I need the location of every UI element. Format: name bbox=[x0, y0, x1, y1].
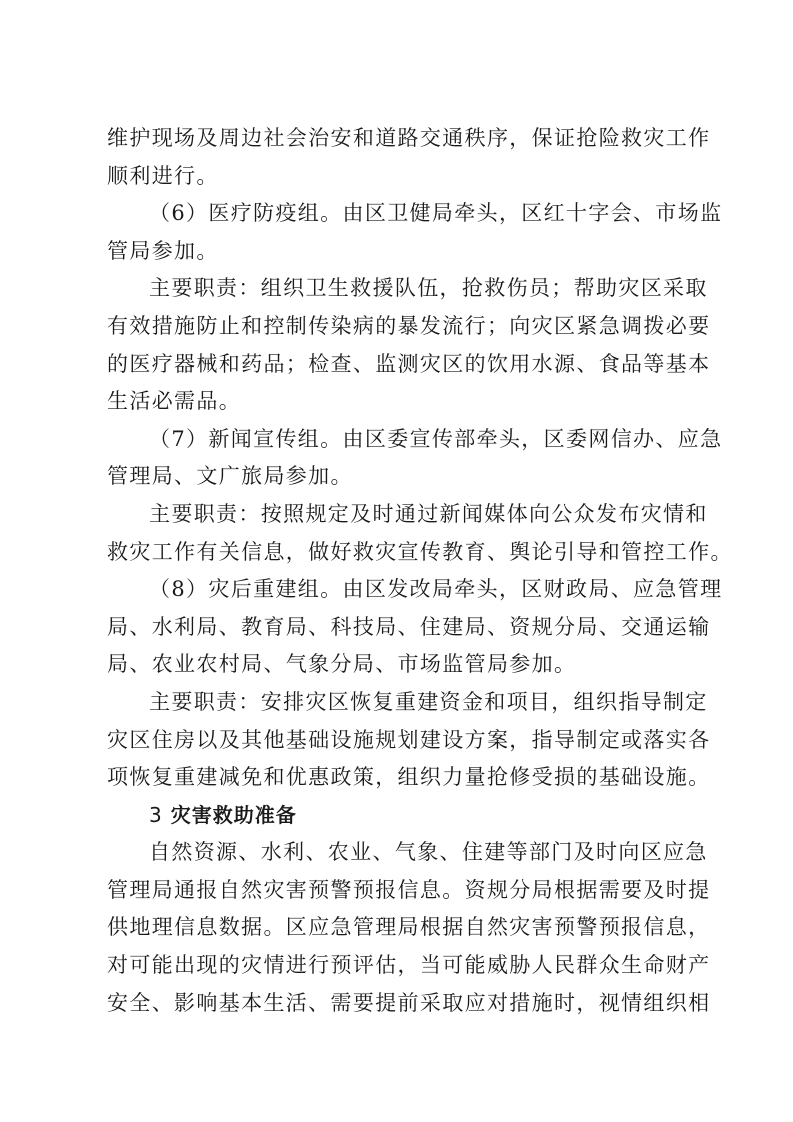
text-line: （7）新闻宣传组。由区委宣传部牵头，区委网信办、应急 bbox=[107, 421, 685, 459]
text-block-before-heading: 维护现场及周边社会治安和道路交通秩序，保证抢险救灾工作顺利进行。（6）医疗防疫组… bbox=[107, 120, 685, 797]
text-line: 救灾工作有关信息，做好救灾宣传教育、舆论引导和管控工作。 bbox=[107, 534, 685, 572]
text-line: （6）医疗防疫组。由区卫健局牵头，区红十字会、市场监 bbox=[107, 195, 685, 233]
text-line: 局、农业农村局、气象分局、市场监管局参加。 bbox=[107, 646, 685, 684]
text-line: 生活必需品。 bbox=[107, 383, 685, 421]
text-line: 自然资源、水利、农业、气象、住建等部门及时向区应急 bbox=[107, 834, 685, 872]
text-line: 供地理信息数据。区应急管理局根据自然灾害预警预报信息， bbox=[107, 909, 685, 947]
text-line: 顺利进行。 bbox=[107, 158, 685, 196]
section-title: 灾害救助准备 bbox=[171, 803, 297, 827]
text-block-after-heading: 自然资源、水利、农业、气象、住建等部门及时向区应急管理局通报自然灾害预警预报信息… bbox=[107, 834, 685, 1022]
text-line: 对可能出现的灾情进行预评估，当可能威胁人民群众生命财产 bbox=[107, 947, 685, 985]
document-page: 维护现场及周边社会治安和道路交通秩序，保证抢险救灾工作顺利进行。（6）医疗防疫组… bbox=[107, 120, 685, 1022]
text-line: 灾区住房以及其他基础设施规划建设方案，指导制定或落实各 bbox=[107, 722, 685, 760]
text-line: 主要职责：按照规定及时通过新闻媒体向公众发布灾情和 bbox=[107, 496, 685, 534]
section-heading: 3灾害救助准备 bbox=[107, 797, 685, 835]
text-line: 有效措施防止和控制传染病的暴发流行；向灾区紧急调拨必要 bbox=[107, 308, 685, 346]
text-line: 局、水利局、教育局、科技局、住建局、资规分局、交通运输 bbox=[107, 609, 685, 647]
text-line: 安全、影响基本生活、需要提前采取应对措施时，视情组织相 bbox=[107, 985, 685, 1023]
text-line: 的医疗器械和药品；检查、监测灾区的饮用水源、食品等基本 bbox=[107, 346, 685, 384]
section-number: 3 bbox=[149, 803, 163, 827]
text-line: 项恢复重建减免和优惠政策，组织力量抢修受损的基础设施。 bbox=[107, 759, 685, 797]
text-line: 主要职责：安排灾区恢复重建资金和项目，组织指导制定 bbox=[107, 684, 685, 722]
text-line: 管理局通报自然灾害预警预报信息。资规分局根据需要及时提 bbox=[107, 872, 685, 910]
text-line: 维护现场及周边社会治安和道路交通秩序，保证抢险救灾工作 bbox=[107, 120, 685, 158]
text-line: 管局参加。 bbox=[107, 233, 685, 271]
text-line: 主要职责：组织卫生救援队伍，抢救伤员；帮助灾区采取 bbox=[107, 270, 685, 308]
text-line: 管理局、文广旅局参加。 bbox=[107, 458, 685, 496]
text-line: （8）灾后重建组。由区发改局牵头，区财政局、应急管理 bbox=[107, 571, 685, 609]
